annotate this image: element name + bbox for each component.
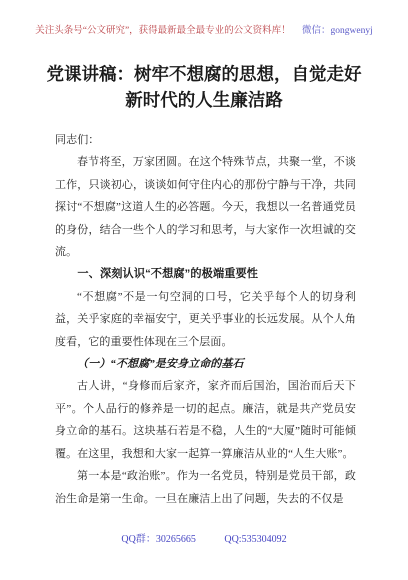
paragraph-foundation: 古人讲，“身修而后家齐，家齐而后国治，国治而后天下平”。个人品行的修养是一切的起… bbox=[55, 375, 356, 465]
footer-contact: QQ群：30265665 QQ:535304092 bbox=[0, 533, 408, 547]
section-heading-1: 一、深刻认识“不想腐”的极端重要性 bbox=[55, 263, 356, 285]
document-title: 党课讲稿：树牢不想腐的思想，自觉走好 新时代的人生廉洁路 bbox=[28, 61, 380, 113]
paragraph-political-account: 第一本是“政治账”。作为一名党员，特别是党员干部，政治生命是第一生命。一旦在廉洁… bbox=[55, 465, 356, 510]
qq-group-number: QQ群：30265665 bbox=[121, 534, 195, 545]
document-body: 同志们： 春节将至，万家团圆。在这个特殊节点，共聚一堂，不谈工作，只谈初心，谈谈… bbox=[55, 129, 356, 510]
header-promo: 关注头条号“公文研究”，获得最新最全最专业的公文资料库！ 微信：gongweny… bbox=[0, 25, 408, 38]
paragraph-importance: “不想腐”不是一句空洞的口号，它关乎每个人的切身利益，关乎家庭的幸福安宁，更关乎… bbox=[55, 286, 356, 353]
subsection-heading-1: （一）“不想腐”是安身立命的基石 bbox=[55, 353, 356, 375]
qq-number: QQ:535304092 bbox=[224, 534, 286, 545]
title-line-2: 新时代的人生廉洁路 bbox=[28, 87, 380, 113]
title-line-1: 党课讲稿：树牢不想腐的思想，自觉走好 bbox=[28, 61, 380, 87]
document-page: 关注头条号“公文研究”，获得最新最全最专业的公文资料库！ 微信：gongweny… bbox=[0, 0, 408, 580]
salutation: 同志们： bbox=[55, 129, 356, 151]
wechat-contact-text: 微信：gongwenyj bbox=[302, 26, 373, 36]
promo-text: 关注头条号“公文研究”，获得最新最全最专业的公文资料库！ bbox=[35, 26, 290, 36]
paragraph-intro: 春节将至，万家团圆。在这个特殊节点，共聚一堂，不谈工作，只谈初心，谈谈如何守住内… bbox=[55, 151, 356, 263]
